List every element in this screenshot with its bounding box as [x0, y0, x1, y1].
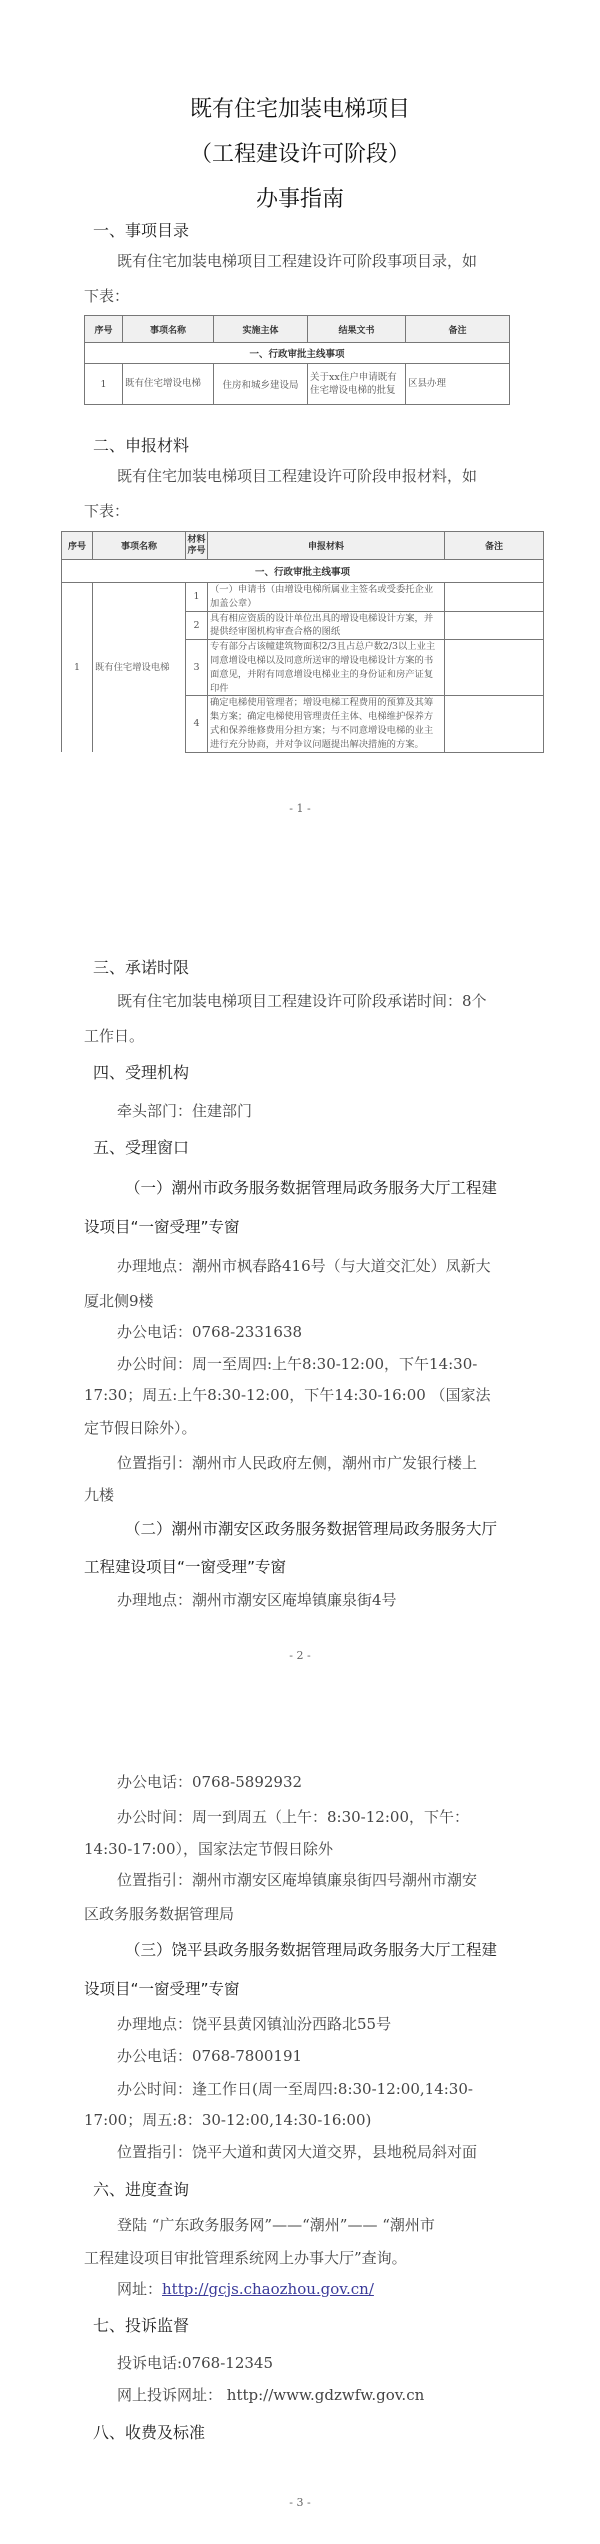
s2-intro-line2: 下表： — [84, 500, 129, 521]
col-header-note: 备注 — [445, 532, 544, 560]
window3-address: 办理地点：饶平县黄冈镇汕汾西路北55号 — [117, 2013, 391, 2034]
s6-line2: 工程建设项目审批管理系统网上办事大厅”查询。 — [84, 2247, 407, 2268]
cell-note: 区县办理 — [406, 364, 510, 405]
window3-hours-line2: 17:00；周五:8：30-12:00,14:30-16:00) — [84, 2109, 371, 2130]
window1-phone: 办公电话：0768-2331638 — [117, 1321, 302, 1342]
section-heading-7: 七、投诉监督 — [93, 2313, 189, 2336]
cell-material-text: 具有相应资质的设计单位出具的增设电梯设计方案，并提供经审图机构审查合格的图纸 — [208, 611, 445, 640]
window1-location-line2: 九楼 — [84, 1484, 114, 1505]
s6-line1: 登陆 “广东政务服务网”——“潮州”—— “潮州市 — [117, 2214, 435, 2235]
s2-intro-line1: 既有住宅加装电梯项目工程建设许可阶段申报材料，如 — [117, 465, 477, 486]
progress-query-link[interactable]: http://gcjs.chaozhou.gov.cn/ — [162, 2280, 374, 2298]
window2-title-line1: （二）潮州市潮安区政务服务数据管理局政务服务大厅 — [125, 1517, 497, 1539]
window2-hours-line1: 办公时间：周一到周五（上午：8:30-12:00，下午： — [117, 1806, 469, 1827]
window1-address-line2: 厦北侧9楼 — [84, 1290, 154, 1311]
cell-note — [445, 611, 544, 640]
cell-material-no: 2 — [186, 611, 208, 640]
col-header-body: 实施主体 — [214, 316, 308, 343]
section-heading-6: 六、进度查询 — [93, 2177, 189, 2200]
section-heading-2: 二、申报材料 — [93, 433, 189, 456]
cell-material-text: 确定电梯使用管理者；增设电梯工程费用的预算及其筹集方案；确定电梯使用管理责任主体… — [208, 696, 445, 752]
window1-location-line1: 位置指引：潮州市人民政府左侧，潮州市广发银行楼上 — [117, 1452, 477, 1473]
window2-title-line2: 工程建设项目“一窗受理”专窗 — [84, 1555, 286, 1577]
col-header-note: 备注 — [406, 316, 510, 343]
window2-address: 办理地点：潮州市潮安区庵埠镇廉泉街4号 — [117, 1589, 397, 1610]
s7-web-row: 网上投诉网址： http://www.gdzwfw.gov.cn — [117, 2384, 424, 2405]
s7-web-label: 网上投诉网址： — [117, 2386, 222, 2404]
section-row-label: 一、行政审批主线事项 — [62, 560, 544, 583]
doc-title-line2: （工程建设许可阶段） — [0, 137, 600, 168]
s6-url-row: 网址：http://gcjs.chaozhou.gov.cn/ — [117, 2278, 374, 2299]
table-row: 1 既有住宅增设电梯 住房和城乡建设局 关于xx住户申请既有住宅增设电梯的批复 … — [85, 364, 510, 405]
cell-item-name: 既有住宅增设电梯 — [93, 583, 186, 753]
window1-hours-line3: 定节假日除外）。 — [84, 1417, 197, 1438]
section-heading-3: 三、承诺时限 — [93, 955, 189, 978]
window3-hours-line1: 办公时间：逢工作日(周一至周四:8:30-12:00,14:30- — [117, 2078, 473, 2099]
s7-phone: 投诉电话:0768-12345 — [117, 2352, 273, 2373]
window2-phone: 办公电话：0768-5892932 — [117, 1771, 302, 1792]
doc-title-line3: 办事指南 — [0, 182, 600, 213]
cell-no: 1 — [85, 364, 123, 405]
section-heading-4: 四、受理机构 — [93, 1060, 189, 1083]
cell-material-text: 专有部分占该幢建筑物面积2/3且占总户数2/3以上业主同意增设电梯以及同意所送审… — [208, 640, 445, 696]
cell-result: 关于xx住户申请既有住宅增设电梯的批复 — [308, 364, 406, 405]
cell-material-no: 3 — [186, 640, 208, 696]
page-number-1: - 1 - — [0, 802, 600, 815]
item-catalog-table: 序号 事项名称 实施主体 结果文书 备注 一、行政审批主线事项 1 既有住宅增设… — [84, 315, 510, 405]
cell-material-no: 4 — [186, 696, 208, 752]
cell-body: 住房和城乡建设局 — [214, 364, 308, 405]
cell-material-no: 1 — [186, 583, 208, 612]
window1-address-line1: 办理地点：潮州市枫春路416号（与大道交汇处）凤新大 — [117, 1255, 491, 1276]
col-header-result: 结果文书 — [308, 316, 406, 343]
materials-table: 序号 事项名称 材料序号 申报材料 备注 一、行政审批主线事项 1 既有住宅增设… — [61, 531, 544, 753]
section-heading-5: 五、受理窗口 — [93, 1135, 189, 1158]
table-row: 1 既有住宅增设电梯 1 （一）申请书（由增设电梯所属业主签名或受委托企业加盖公… — [62, 583, 544, 612]
s6-url-label: 网址： — [117, 2280, 162, 2298]
window1-hours-line2: 17:30；周五:上午8:30-12:00，下午14:30-16:00 （国家法 — [84, 1384, 491, 1405]
doc-title-line1: 既有住宅加装电梯项目 — [0, 92, 600, 123]
window1-title-line1: （一）潮州市政务服务数据管理局政务服务大厅工程建 — [125, 1176, 497, 1198]
section-row-label: 一、行政审批主线事项 — [85, 343, 510, 364]
complaint-website[interactable]: http://www.gdzwfw.gov.cn — [227, 2386, 424, 2404]
cell-name: 既有住宅增设电梯 — [123, 364, 214, 405]
col-header-materials: 申报材料 — [208, 532, 445, 560]
cell-material-text: （一）申请书（由增设电梯所属业主签名或受委托企业加盖公章） — [208, 583, 445, 612]
col-header-name: 事项名称 — [123, 316, 214, 343]
cell-note — [445, 696, 544, 752]
window3-location: 位置指引：饶平大道和黄冈大道交界，县地税局斜对面 — [117, 2141, 477, 2162]
window3-title-line1: （三）饶平县政务服务数据管理局政务服务大厅工程建 — [125, 1938, 497, 1960]
page-number-3: - 3 - — [0, 2496, 600, 2509]
cell-note — [445, 640, 544, 696]
s3-line1: 既有住宅加装电梯项目工程建设许可阶段承诺时间：8个 — [117, 990, 487, 1011]
window2-location-line2: 区政务服务数据管理局 — [84, 1903, 234, 1924]
section-heading-1: 一、事项目录 — [93, 218, 189, 241]
window1-hours-line1: 办公时间：周一至周四:上午8:30-12:00，下午14:30- — [117, 1353, 477, 1374]
s1-intro-line1: 既有住宅加装电梯项目工程建设许可阶段事项目录，如 — [117, 250, 477, 271]
s4-line1: 牵头部门：住建部门 — [117, 1100, 252, 1121]
col-header-no: 序号 — [62, 532, 93, 560]
window3-phone: 办公电话：0768-7800191 — [117, 2045, 302, 2066]
cell-note — [445, 583, 544, 612]
window2-hours-line2: 14:30-17:00），国家法定节假日除外 — [84, 1838, 333, 1859]
page-number-2: - 2 - — [0, 1649, 600, 1662]
window1-title-line2: 设项目“一窗受理”专窗 — [84, 1215, 240, 1237]
window2-location-line1: 位置指引：潮州市潮安区庵埠镇廉泉街四号潮州市潮安 — [117, 1869, 477, 1890]
s1-intro-line2: 下表： — [84, 285, 129, 306]
s3-line2: 工作日。 — [84, 1025, 144, 1046]
col-header-name: 事项名称 — [93, 532, 186, 560]
section-row: 一、行政审批主线事项 — [85, 343, 510, 364]
cell-item-no: 1 — [62, 583, 93, 753]
section-heading-8: 八、收费及标准 — [93, 2420, 205, 2443]
table-header-row: 序号 事项名称 材料序号 申报材料 备注 — [62, 532, 544, 560]
window3-title-line2: 设项目“一窗受理”专窗 — [84, 1977, 240, 1999]
col-header-no: 序号 — [85, 316, 123, 343]
table-header-row: 序号 事项名称 实施主体 结果文书 备注 — [85, 316, 510, 343]
section-row: 一、行政审批主线事项 — [62, 560, 544, 583]
col-header-material-no: 材料序号 — [186, 532, 208, 560]
